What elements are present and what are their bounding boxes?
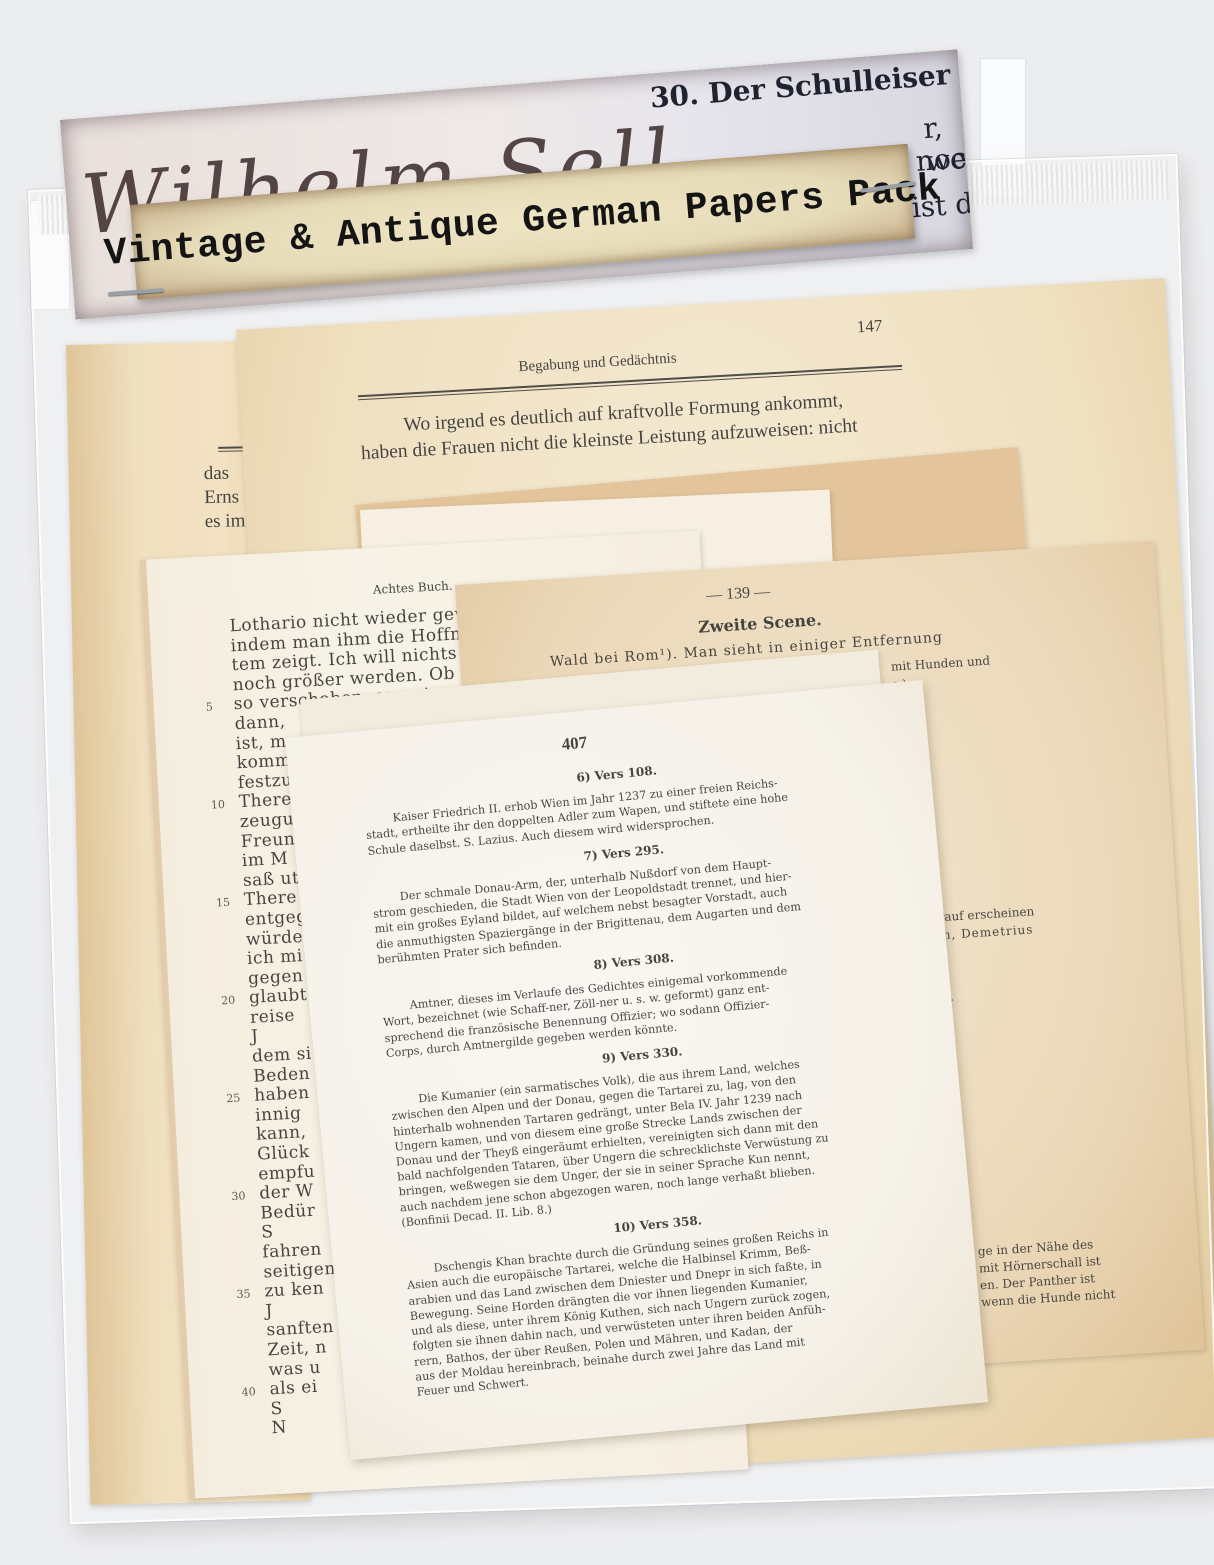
product-photo: dasErnses im Begabung und Gedächtnis 147… bbox=[0, 0, 1214, 1565]
header-card-heading: 30. Der Schulleiser bbox=[649, 58, 952, 115]
cellophane-bag bbox=[28, 154, 1214, 1524]
